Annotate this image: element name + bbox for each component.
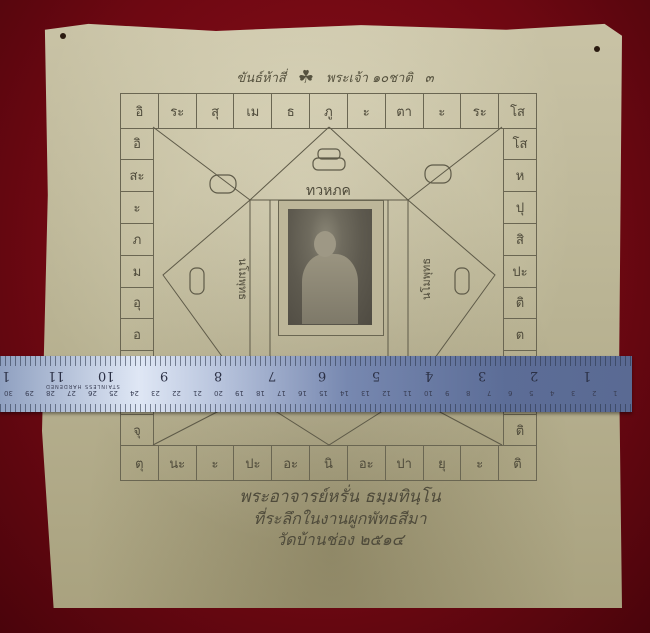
cm-mark: 10 xyxy=(424,389,433,397)
cm-mark: 7 xyxy=(487,389,491,397)
cm-mark: 25 xyxy=(109,389,118,397)
cm-mark: 27 xyxy=(67,389,76,397)
inch-mark: 1 xyxy=(2,368,10,383)
cloth-inscription: พระอาจารย์หรั่น ธมฺมทินฺโน ที่ระลึกในงาน… xyxy=(160,487,520,550)
cm-mark: 14 xyxy=(340,389,349,397)
cm-mark: 4 xyxy=(550,389,554,397)
cm-mark: 30 xyxy=(4,389,13,397)
cm-mark: 3 xyxy=(571,389,575,397)
inch-mark: 1 xyxy=(583,368,591,383)
inch-mark: 6 xyxy=(318,368,326,383)
inch-mark: 11 xyxy=(48,368,65,383)
inch-mark: 2 xyxy=(530,368,538,383)
left-triangle-text: นโมพุทธ xyxy=(234,258,252,300)
steel-ruler: 1 11 10 9 8 7 6 5 4 3 2 1 STAINLESS HARD… xyxy=(0,356,632,412)
cm-mark: 5 xyxy=(529,389,533,397)
portrait-head xyxy=(314,231,336,257)
cm-mark: 16 xyxy=(298,389,307,397)
inch-mark: 9 xyxy=(160,368,168,383)
ruler-top-ticks xyxy=(0,356,632,366)
cm-mark: 19 xyxy=(235,389,244,397)
cm-mark: 20 xyxy=(214,389,223,397)
cm-mark: 6 xyxy=(508,389,512,397)
inch-mark: 7 xyxy=(268,368,276,383)
inch-mark: 4 xyxy=(425,368,433,383)
cm-mark: 12 xyxy=(382,389,391,397)
cm-mark: 29 xyxy=(25,389,34,397)
right-triangle-text: นโมพุทธ xyxy=(417,258,435,300)
cm-mark: 28 xyxy=(46,389,55,397)
inch-mark: 5 xyxy=(372,368,380,383)
inch-mark: 8 xyxy=(214,368,222,383)
inscription-line-1: พระอาจารย์หรั่น ธมฺมทินฺโน xyxy=(160,487,520,508)
cm-mark: 13 xyxy=(361,389,370,397)
cm-mark: 26 xyxy=(88,389,97,397)
cm-mark: 24 xyxy=(130,389,139,397)
monk-portrait-frame xyxy=(278,200,384,336)
cm-mark: 18 xyxy=(256,389,265,397)
inch-mark: 3 xyxy=(478,368,486,383)
cm-mark: 1 xyxy=(613,389,617,397)
cm-mark: 22 xyxy=(172,389,181,397)
cm-mark: 8 xyxy=(466,389,470,397)
cm-mark: 23 xyxy=(151,389,160,397)
top-triangle-text: ทวหภค xyxy=(306,180,351,202)
cm-mark: 21 xyxy=(193,389,202,397)
cm-mark: 15 xyxy=(319,389,328,397)
inscription-line-3: วัดบ้านช่อง ๒๕๑๔ xyxy=(160,529,520,550)
portrait-robe xyxy=(302,254,358,324)
monk-portrait-photo xyxy=(288,209,372,325)
inch-mark: 10 xyxy=(98,368,115,383)
ruler-bottom-ticks xyxy=(0,404,632,412)
cm-mark: 11 xyxy=(403,389,412,397)
inscription-line-2: ที่ระลึกในงานผูกพัทธสีมา xyxy=(160,508,520,529)
cm-mark: 2 xyxy=(592,389,596,397)
cm-mark: 17 xyxy=(277,389,286,397)
cm-mark: 9 xyxy=(445,389,449,397)
